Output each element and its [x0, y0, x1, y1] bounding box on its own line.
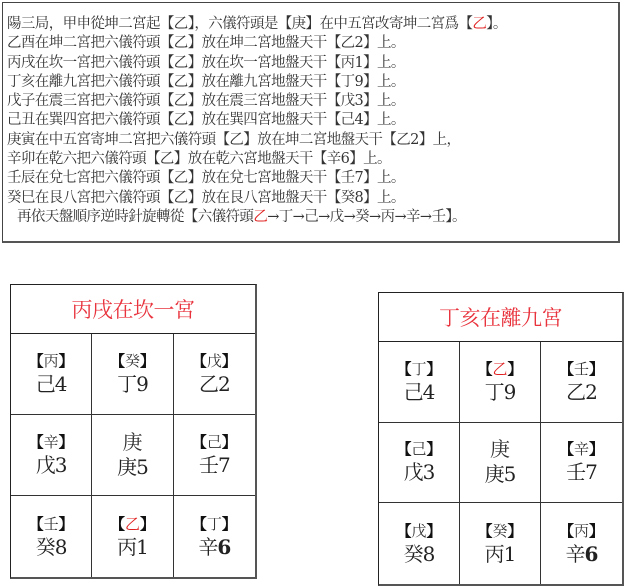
highlight-text: 乙: [472, 16, 486, 32]
text-line: 陽三局，甲申從坤二宮起【乙】，六儀符頭是【庚】在中五宮改寄坤二宮爲【乙】。: [7, 15, 507, 34]
earth-plate-stem: 庚5: [485, 461, 516, 487]
earth-plate-stem: 辛6: [198, 534, 230, 560]
palace-cell: 【己】壬7: [174, 415, 255, 496]
heaven-plate-stem: 【壬】: [559, 359, 604, 379]
earth-plate-stem: 癸8: [36, 534, 67, 560]
earth-plate-stem: 戊3: [404, 459, 435, 485]
palace-cell: 【丙】己4: [11, 334, 92, 415]
palace-cell: 【乙】丁9: [460, 342, 541, 423]
text-line: 丙戌在坎一宮把六儀符頭【乙】放在坎一宮地盤天干【丙1】上。: [7, 54, 507, 73]
grid-title: 丙戌在坎一宮: [11, 285, 255, 334]
heaven-plate-stem: 【辛】: [559, 439, 604, 459]
palace-cell: 【乙】丙1: [92, 496, 173, 577]
palace-cell: 庚庚5: [92, 415, 173, 496]
grid-bingxu-kan1: 丙戌在坎一宮 【丙】己4【癸】丁9【戊】乙2【辛】戊3庚庚5【己】壬7【壬】癸8…: [10, 284, 257, 579]
palace-cell: 【壬】癸8: [11, 496, 92, 577]
text-segment: 乙酉在坤二宮把六儀符頭【乙】放在坤二宮地盤天干【乙2】上。: [7, 35, 405, 51]
text-segment: 辛卯在乾六把六儀符頭【乙】放在乾六宮地盤天干【辛6】上。: [7, 151, 391, 167]
heaven-plate-stem: 【丙】: [559, 521, 604, 541]
palace-cell: 【辛】壬7: [541, 423, 622, 504]
palace-cell: 【丙】辛6: [541, 503, 622, 584]
heaven-plate-stem: 【辛】: [29, 432, 74, 452]
earth-plate-stem: 辛6: [566, 541, 598, 567]
heaven-plate-stem: 【己】: [192, 432, 237, 452]
heaven-plate-stem: 庚: [122, 430, 142, 454]
palace-cell: 【癸】丙1: [460, 503, 541, 584]
heaven-plate-stem: 【戊】: [192, 351, 237, 371]
text-segment: 戊子在震三宮把六儀符頭【乙】放在震三宮地盤天干【戊3】上。: [7, 93, 405, 109]
text-line: 己丑在巽四宮把六儀符頭【乙】放在巽四宮地盤天干【己4】上。: [7, 111, 507, 130]
text-line: 戊子在震三宮把六儀符頭【乙】放在震三宮地盤天干【戊3】上。: [7, 92, 507, 111]
heaven-plate-stem: 【癸】: [110, 351, 155, 371]
text-segment: 庚寅在中五宮寄坤二宮把六儀符頭【乙】放在坤二宮地盤天干【乙2】上，: [7, 132, 460, 148]
text-line: 丁亥在離九宮把六儀符頭【乙】放在離九宮地盤天干【丁9】上。: [7, 73, 507, 92]
palace-cell: 【丁】己4: [379, 342, 460, 423]
palace-cell: 庚庚5: [460, 423, 541, 504]
explanation-text-box: 陽三局，甲申從坤二宮起【乙】，六儀符頭是【庚】在中五宮改寄坤二宮爲【乙】。乙酉在…: [2, 2, 620, 243]
earth-plate-stem: 己4: [404, 379, 435, 405]
heaven-plate-stem: 【乙】: [477, 359, 522, 379]
explanation-lines: 陽三局，甲申從坤二宮起【乙】，六儀符頭是【庚】在中五宮改寄坤二宮爲【乙】。乙酉在…: [7, 15, 507, 227]
palace-cell: 【戊】癸8: [379, 503, 460, 584]
palace-cell: 【戊】乙2: [174, 334, 255, 415]
text-segment: 己丑在巽四宮把六儀符頭【乙】放在巽四宮地盤天干【己4】上。: [7, 112, 405, 128]
text-segment: →丁→己→戊→癸→丙→辛→壬】。: [267, 209, 466, 225]
earth-plate-stem: 癸8: [404, 541, 435, 567]
earth-plate-stem: 壬7: [199, 452, 230, 478]
grid-cells: 【丁】己4【乙】丁9【壬】乙2【己】戊3庚庚5【辛】壬7【戊】癸8【癸】丙1【丙…: [379, 342, 622, 584]
earth-plate-stem: 乙2: [566, 379, 597, 405]
text-segment: 陽三局，甲申從坤二宮起【乙】，六儀符頭是【庚】在中五宮改寄坤二宮爲【: [7, 16, 472, 32]
text-segment: 丁亥在離九宮把六儀符頭【乙】放在離九宮地盤天干【丁9】上。: [7, 74, 405, 90]
palace-cell: 【丁】辛6: [174, 496, 255, 577]
text-segment: 丙戌在坎一宮把六儀符頭【乙】放在坎一宮地盤天干【丙1】上。: [7, 55, 405, 71]
palace-cell: 【壬】乙2: [541, 342, 622, 423]
text-line: 庚寅在中五宮寄坤二宮把六儀符頭【乙】放在坤二宮地盤天干【乙2】上，: [7, 131, 507, 150]
heaven-plate-stem: 【己】: [396, 439, 441, 459]
text-segment: 再依天盤順序逆時針旋轉從【六儀符頭: [17, 209, 253, 225]
text-line: 壬辰在兌七宮把六儀符頭【乙】放在兌七宮地盤天干【壬7】上。: [7, 169, 507, 188]
grid-cells: 【丙】己4【癸】丁9【戊】乙2【辛】戊3庚庚5【己】壬7【壬】癸8【乙】丙1【丁…: [11, 334, 255, 577]
grid-dinghai-li9: 丁亥在離九宮 【丁】己4【乙】丁9【壬】乙2【己】戊3庚庚5【辛】壬7【戊】癸8…: [378, 292, 624, 586]
earth-plate-stem: 己4: [36, 371, 67, 397]
grid-title: 丁亥在離九宮: [379, 293, 622, 342]
earth-plate-stem: 丙1: [117, 534, 148, 560]
heaven-plate-stem: 【壬】: [29, 514, 74, 534]
text-line: 辛卯在乾六把六儀符頭【乙】放在乾六宮地盤天干【辛6】上。: [7, 150, 507, 169]
earth-plate-stem: 丁9: [485, 379, 516, 405]
text-segment: 】。: [486, 16, 507, 32]
heaven-plate-stem: 【乙】: [110, 514, 155, 534]
earth-plate-stem: 丙1: [485, 541, 516, 567]
earth-plate-stem: 戊3: [36, 452, 67, 478]
heaven-plate-stem: 【丁】: [192, 514, 237, 534]
text-segment: 癸巳在艮八宮把六儀符頭【乙】放在艮八宮地盤天干【癸8】上。: [7, 190, 405, 206]
heaven-plate-stem: 【丙】: [29, 351, 74, 371]
text-segment: 壬辰在兌七宮把六儀符頭【乙】放在兌七宮地盤天干【壬7】上。: [7, 170, 405, 186]
palace-cell: 【己】戊3: [379, 423, 460, 504]
palace-cell: 【癸】丁9: [92, 334, 173, 415]
highlight-text: 乙: [253, 209, 267, 225]
heaven-plate-stem: 【癸】: [477, 521, 522, 541]
heaven-plate-stem: 【丁】: [396, 359, 441, 379]
earth-plate-stem: 乙2: [199, 371, 230, 397]
text-line: 乙酉在坤二宮把六儀符頭【乙】放在坤二宮地盤天干【乙2】上。: [7, 34, 507, 53]
palace-cell: 【辛】戊3: [11, 415, 92, 496]
earth-plate-stem: 庚5: [117, 454, 148, 480]
earth-plate-stem: 丁9: [117, 371, 148, 397]
heaven-plate-stem: 庚: [490, 437, 510, 461]
earth-plate-stem: 壬7: [566, 459, 597, 485]
text-line: 再依天盤順序逆時針旋轉從【六儀符頭乙→丁→己→戊→癸→丙→辛→壬】。: [7, 208, 507, 227]
text-line: 癸巳在艮八宮把六儀符頭【乙】放在艮八宮地盤天干【癸8】上。: [7, 189, 507, 208]
heaven-plate-stem: 【戊】: [396, 521, 441, 541]
